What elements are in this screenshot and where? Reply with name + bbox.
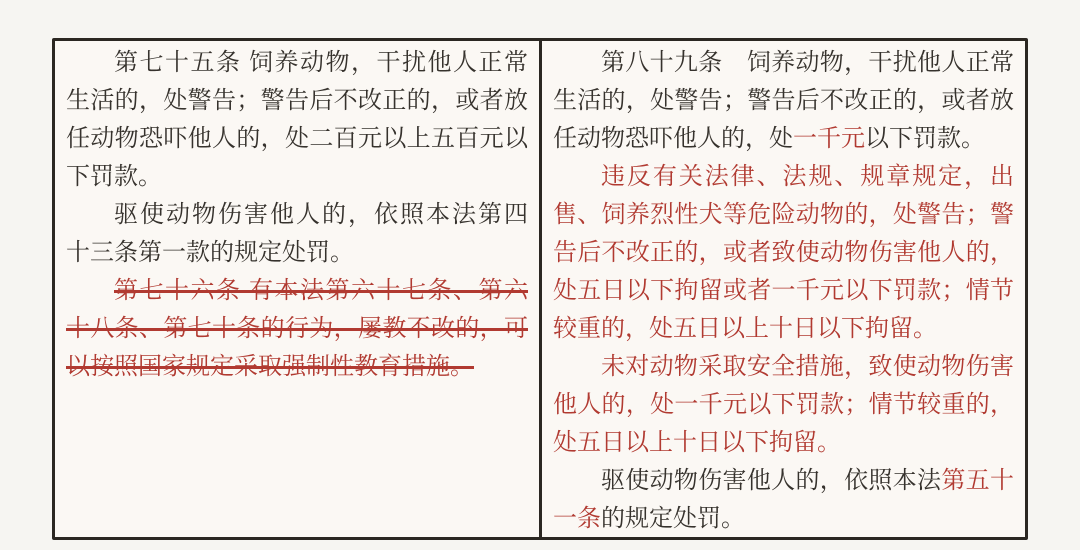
text-line: 驱使动物伤害他人的，依照本法第四 xyxy=(66,196,528,234)
amended-article-ref: 第五十 xyxy=(941,468,1014,494)
new-article-89-opening: 第八十九条 饲养动物，干扰他人正常 xyxy=(601,50,1014,76)
new-article-89-para3-added: 他人的，处一千元以下罚款；情节较重的， xyxy=(553,392,1014,418)
text-line: 第八十九条 饲养动物，干扰他人正常 xyxy=(553,44,1014,82)
text-line: 十三条第一款的规定处罚。 xyxy=(66,234,528,272)
text-line: 任动物恐吓他人的，处一千元以下罚款。 xyxy=(553,120,1014,158)
new-article-89-para3-added: 未对动物采取安全措施，致使动物伤害 xyxy=(601,354,1014,380)
old-article-75-text: 下罚款。 xyxy=(66,164,162,190)
added-text-line: 售、饲养烈性犬等危险动物的，处警告；警 xyxy=(553,196,1014,234)
new-law-column: 第八十九条 饲养动物，干扰他人正常 生活的，处警告；警告后不改正的，或者放 任动… xyxy=(539,41,1025,537)
added-text-line: 处五日以下拘留或者一千元以下罚款；情节 xyxy=(553,272,1014,310)
old-article-75-para2: 十三条第一款的规定处罚。 xyxy=(66,240,354,266)
new-article-89-para2-added: 违反有关法律、法规、规章规定，出 xyxy=(601,164,1014,190)
new-article-89-para2-added: 较重的，处五日以上十日以下拘留。 xyxy=(553,316,937,342)
new-article-89-text: 任动物恐吓他人的，处 xyxy=(553,126,793,152)
added-text-line: 他人的，处一千元以下罚款；情节较重的， xyxy=(553,386,1014,424)
amended-article-ref: 一条 xyxy=(553,506,601,532)
new-article-89-para2-added: 处五日以下拘留或者一千元以下罚款；情节 xyxy=(553,278,1014,304)
added-text-line: 告后不改正的，或者致使动物伤害他人的， xyxy=(553,234,1014,272)
old-law-column: 第七十五条 饲养动物，干扰他人正常 生活的，处警告；警告后不改正的，或者放 任动… xyxy=(55,41,539,537)
added-text-line: 处五日以上十日以下拘留。 xyxy=(553,424,1014,462)
text-line: 生活的，处警告；警告后不改正的，或者放 xyxy=(553,82,1014,120)
text-line: 任动物恐吓他人的，处二百元以上五百元以 xyxy=(66,120,528,158)
new-article-89-para2-added: 售、饲养烈性犬等危险动物的，处警告；警 xyxy=(553,202,1014,228)
new-article-89-text: 生活的，处警告；警告后不改正的，或者放 xyxy=(553,88,1014,114)
old-article-76-deleted: 第七十六条 有本法第六十七条、第六 xyxy=(114,278,528,304)
text-line: 下罚款。 xyxy=(66,158,528,196)
new-article-89-para2-added: 告后不改正的，或者致使动物伤害他人的， xyxy=(553,240,1014,266)
added-text-line: 违反有关法律、法规、规章规定，出 xyxy=(553,158,1014,196)
added-text-line: 未对动物采取安全措施，致使动物伤害 xyxy=(553,348,1014,386)
text-line: 第七十五条 饲养动物，干扰他人正常 xyxy=(66,44,528,82)
old-article-75-opening: 第七十五条 饲养动物，干扰他人正常 xyxy=(114,50,528,76)
law-comparison-table: 第七十五条 饲养动物，干扰他人正常 生活的，处警告；警告后不改正的，或者放 任动… xyxy=(52,38,1028,540)
new-article-89-para4: 的规定处罚。 xyxy=(601,506,745,532)
old-article-75-text: 生活的，处警告；警告后不改正的，或者放 xyxy=(66,88,528,114)
added-text-line: 较重的，处五日以上十日以下拘留。 xyxy=(553,310,1014,348)
new-article-89-para4: 驱使动物伤害他人的，依照本法 xyxy=(601,468,941,494)
text-line: 一条的规定处罚。 xyxy=(553,500,1014,537)
old-article-76-deleted: 以按照国家规定采取强制性教育措施。 xyxy=(66,354,474,380)
new-article-89-text: 以下罚款。 xyxy=(865,126,985,152)
new-article-89-para3-added: 处五日以上十日以下拘留。 xyxy=(553,430,841,456)
text-line: 生活的，处警告；警告后不改正的，或者放 xyxy=(66,82,528,120)
old-article-76-deleted: 十八条、第七十条的行为，屡教不改的，可 xyxy=(66,316,528,342)
old-article-75-text: 任动物恐吓他人的，处二百元以上五百元以 xyxy=(66,126,528,152)
deleted-text-line: 以按照国家规定采取强制性教育措施。 xyxy=(66,348,528,386)
amended-amount: 一千元 xyxy=(793,126,865,152)
deleted-text-line: 十八条、第七十条的行为，屡教不改的，可 xyxy=(66,310,528,348)
deleted-text-line: 第七十六条 有本法第六十七条、第六 xyxy=(66,272,528,310)
text-line: 驱使动物伤害他人的，依照本法第五十 xyxy=(553,462,1014,500)
old-article-75-para2: 驱使动物伤害他人的，依照本法第四 xyxy=(114,202,528,228)
